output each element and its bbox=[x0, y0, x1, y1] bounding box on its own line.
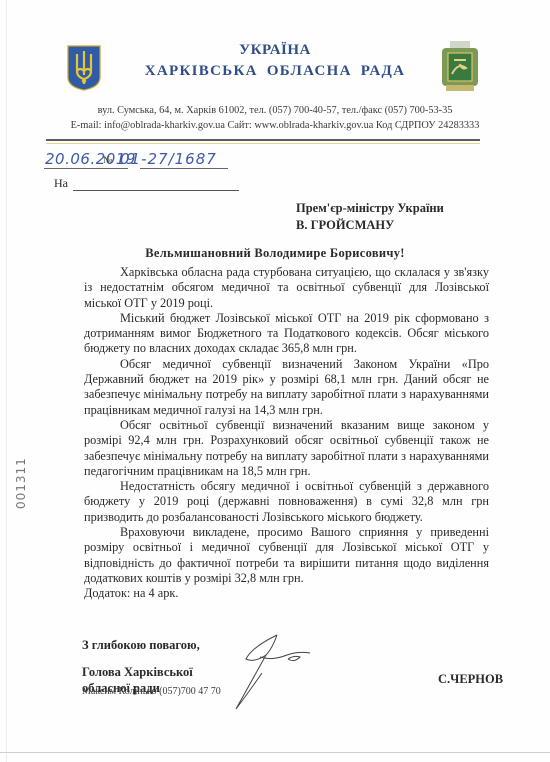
attachment-note: Додаток: на 4 арк. bbox=[84, 586, 489, 601]
salutation: Вельмишановний Володимире Борисовичу! bbox=[0, 246, 550, 261]
date-underline bbox=[44, 168, 128, 169]
addressee-name: В. ГРОЙСМАНУ bbox=[296, 217, 444, 234]
body-paragraph: Враховуючи викладене, просимо Вашого спр… bbox=[84, 525, 489, 586]
reply-to-line bbox=[73, 190, 239, 191]
number-underline bbox=[140, 168, 228, 169]
registration-stamp-number: 001311 bbox=[14, 438, 34, 528]
addressee-block: Прем'єр-міністру України В. ГРОЙСМАНУ bbox=[296, 200, 444, 234]
contacts-line: E-mail: info@oblrada-kharkiv.gov.ua Сайт… bbox=[0, 120, 550, 131]
body-paragraph: Обсяг медичної субвенції визначений Зако… bbox=[84, 357, 489, 418]
address-line: вул. Сумська, 64, м. Харків 61002, тел. … bbox=[0, 105, 550, 116]
signatory-title-line1: Голова Харківської bbox=[82, 664, 193, 680]
body-paragraph: Обсяг освітньої субвенції визначений вка… bbox=[84, 418, 489, 479]
signatory-name: С.ЧЕРНОВ bbox=[438, 672, 503, 687]
organization-title: ХАРКІВСЬКА ОБЛАСНА РАДА bbox=[0, 63, 550, 80]
executor-contact: Максим Колінько (057)700 47 70 bbox=[82, 686, 221, 697]
header-divider-accent bbox=[46, 143, 480, 144]
page-bottom-edge bbox=[0, 752, 550, 753]
country-title: УКРАЇНА bbox=[0, 42, 550, 59]
letter-body: Харківська обласна рада стурбована ситуа… bbox=[84, 265, 489, 602]
registration-number: 01-27/1687 bbox=[120, 150, 217, 168]
body-paragraph: Міський бюджет Лозівської міської ОТГ на… bbox=[84, 311, 489, 357]
closing-phrase: З глибокою повагою, bbox=[82, 638, 200, 653]
addressee-position: Прем'єр-міністру України bbox=[296, 200, 444, 217]
body-paragraph: Недостатність обсягу медичної і освітньо… bbox=[84, 479, 489, 525]
reply-to-label: На bbox=[54, 176, 68, 191]
number-label: № bbox=[103, 155, 113, 166]
header-divider bbox=[46, 139, 480, 141]
body-paragraph: Харківська обласна рада стурбована ситуа… bbox=[84, 265, 489, 311]
handwritten-signature-icon bbox=[232, 633, 322, 713]
